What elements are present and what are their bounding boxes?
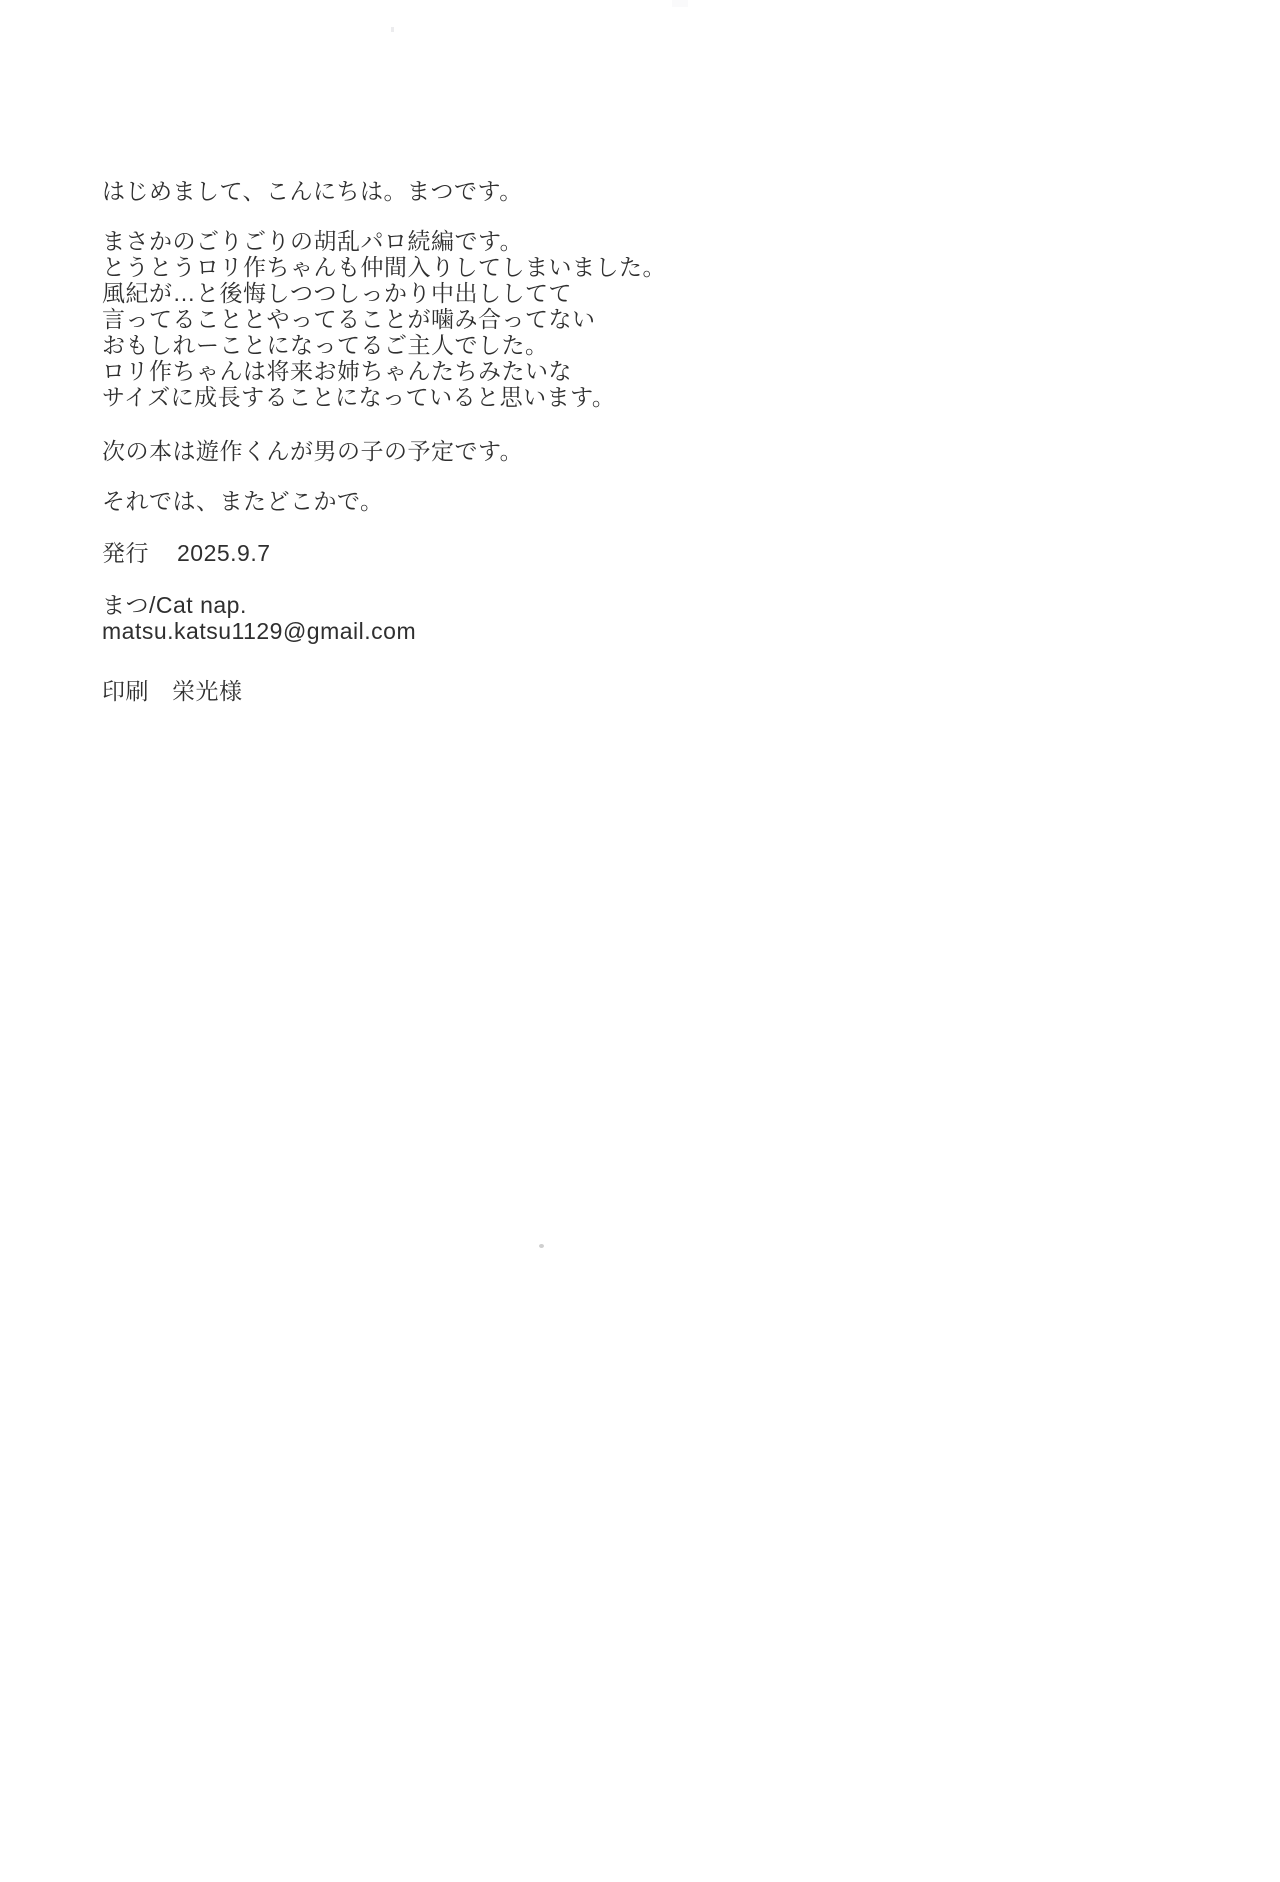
spacer [102, 410, 666, 438]
author-block: まつ/Cat nap. matsu.katsu1129@gmail.com [102, 592, 666, 644]
next-book-line: 次の本は遊作くんが男の子の予定です。 [102, 438, 666, 464]
afterword-text-block: はじめまして、こんにちは。まつです。 まさかのごりごりの胡乱パロ続編です。 とう… [102, 178, 666, 704]
scan-artifact-top-edge [672, 0, 688, 7]
scan-speck [539, 1244, 544, 1248]
printing-line: 印刷栄光様 [102, 678, 666, 704]
body-paragraph: まさかのごりごりの胡乱パロ続編です。 とうとうロリ作ちゃんも仲間入りしてしまいま… [102, 228, 666, 410]
spacer [102, 644, 666, 678]
publication-date: 2025.9.7 [177, 540, 271, 566]
body-line: ロリ作ちゃんは将来お姉ちゃんたちみたいな [102, 358, 666, 384]
printing-company: 栄光様 [172, 678, 243, 704]
spacer [102, 204, 666, 228]
printing-label: 印刷 [102, 678, 149, 704]
scan-artifact-mark [391, 27, 394, 32]
circle-name-line: まつ/Cat nap. [102, 592, 666, 618]
scanned-afterword-page: はじめまして、こんにちは。まつです。 まさかのごりごりの胡乱パロ続編です。 とう… [0, 0, 1280, 1882]
body-line: とうとうロリ作ちゃんも仲間入りしてしまいました。 [102, 254, 666, 280]
spacer [102, 566, 666, 592]
closing-line: それでは、またどこかで。 [102, 488, 666, 514]
publication-line: 発行2025.9.7 [102, 540, 666, 566]
email-line: matsu.katsu1129@gmail.com [102, 618, 666, 644]
body-line: まさかのごりごりの胡乱パロ続編です。 [102, 228, 666, 254]
body-line: サイズに成長することになっていると思います。 [102, 384, 666, 410]
spacer [102, 464, 666, 488]
greeting-line: はじめまして、こんにちは。まつです。 [102, 178, 666, 204]
body-line: おもしれーことになってるご主人でした。 [102, 332, 666, 358]
body-line: 言ってることとやってることが噛み合ってない [102, 306, 666, 332]
publication-label: 発行 [102, 540, 149, 566]
spacer [102, 514, 666, 540]
body-line: 風紀が…と後悔しつつしっかり中出ししてて [102, 280, 666, 306]
